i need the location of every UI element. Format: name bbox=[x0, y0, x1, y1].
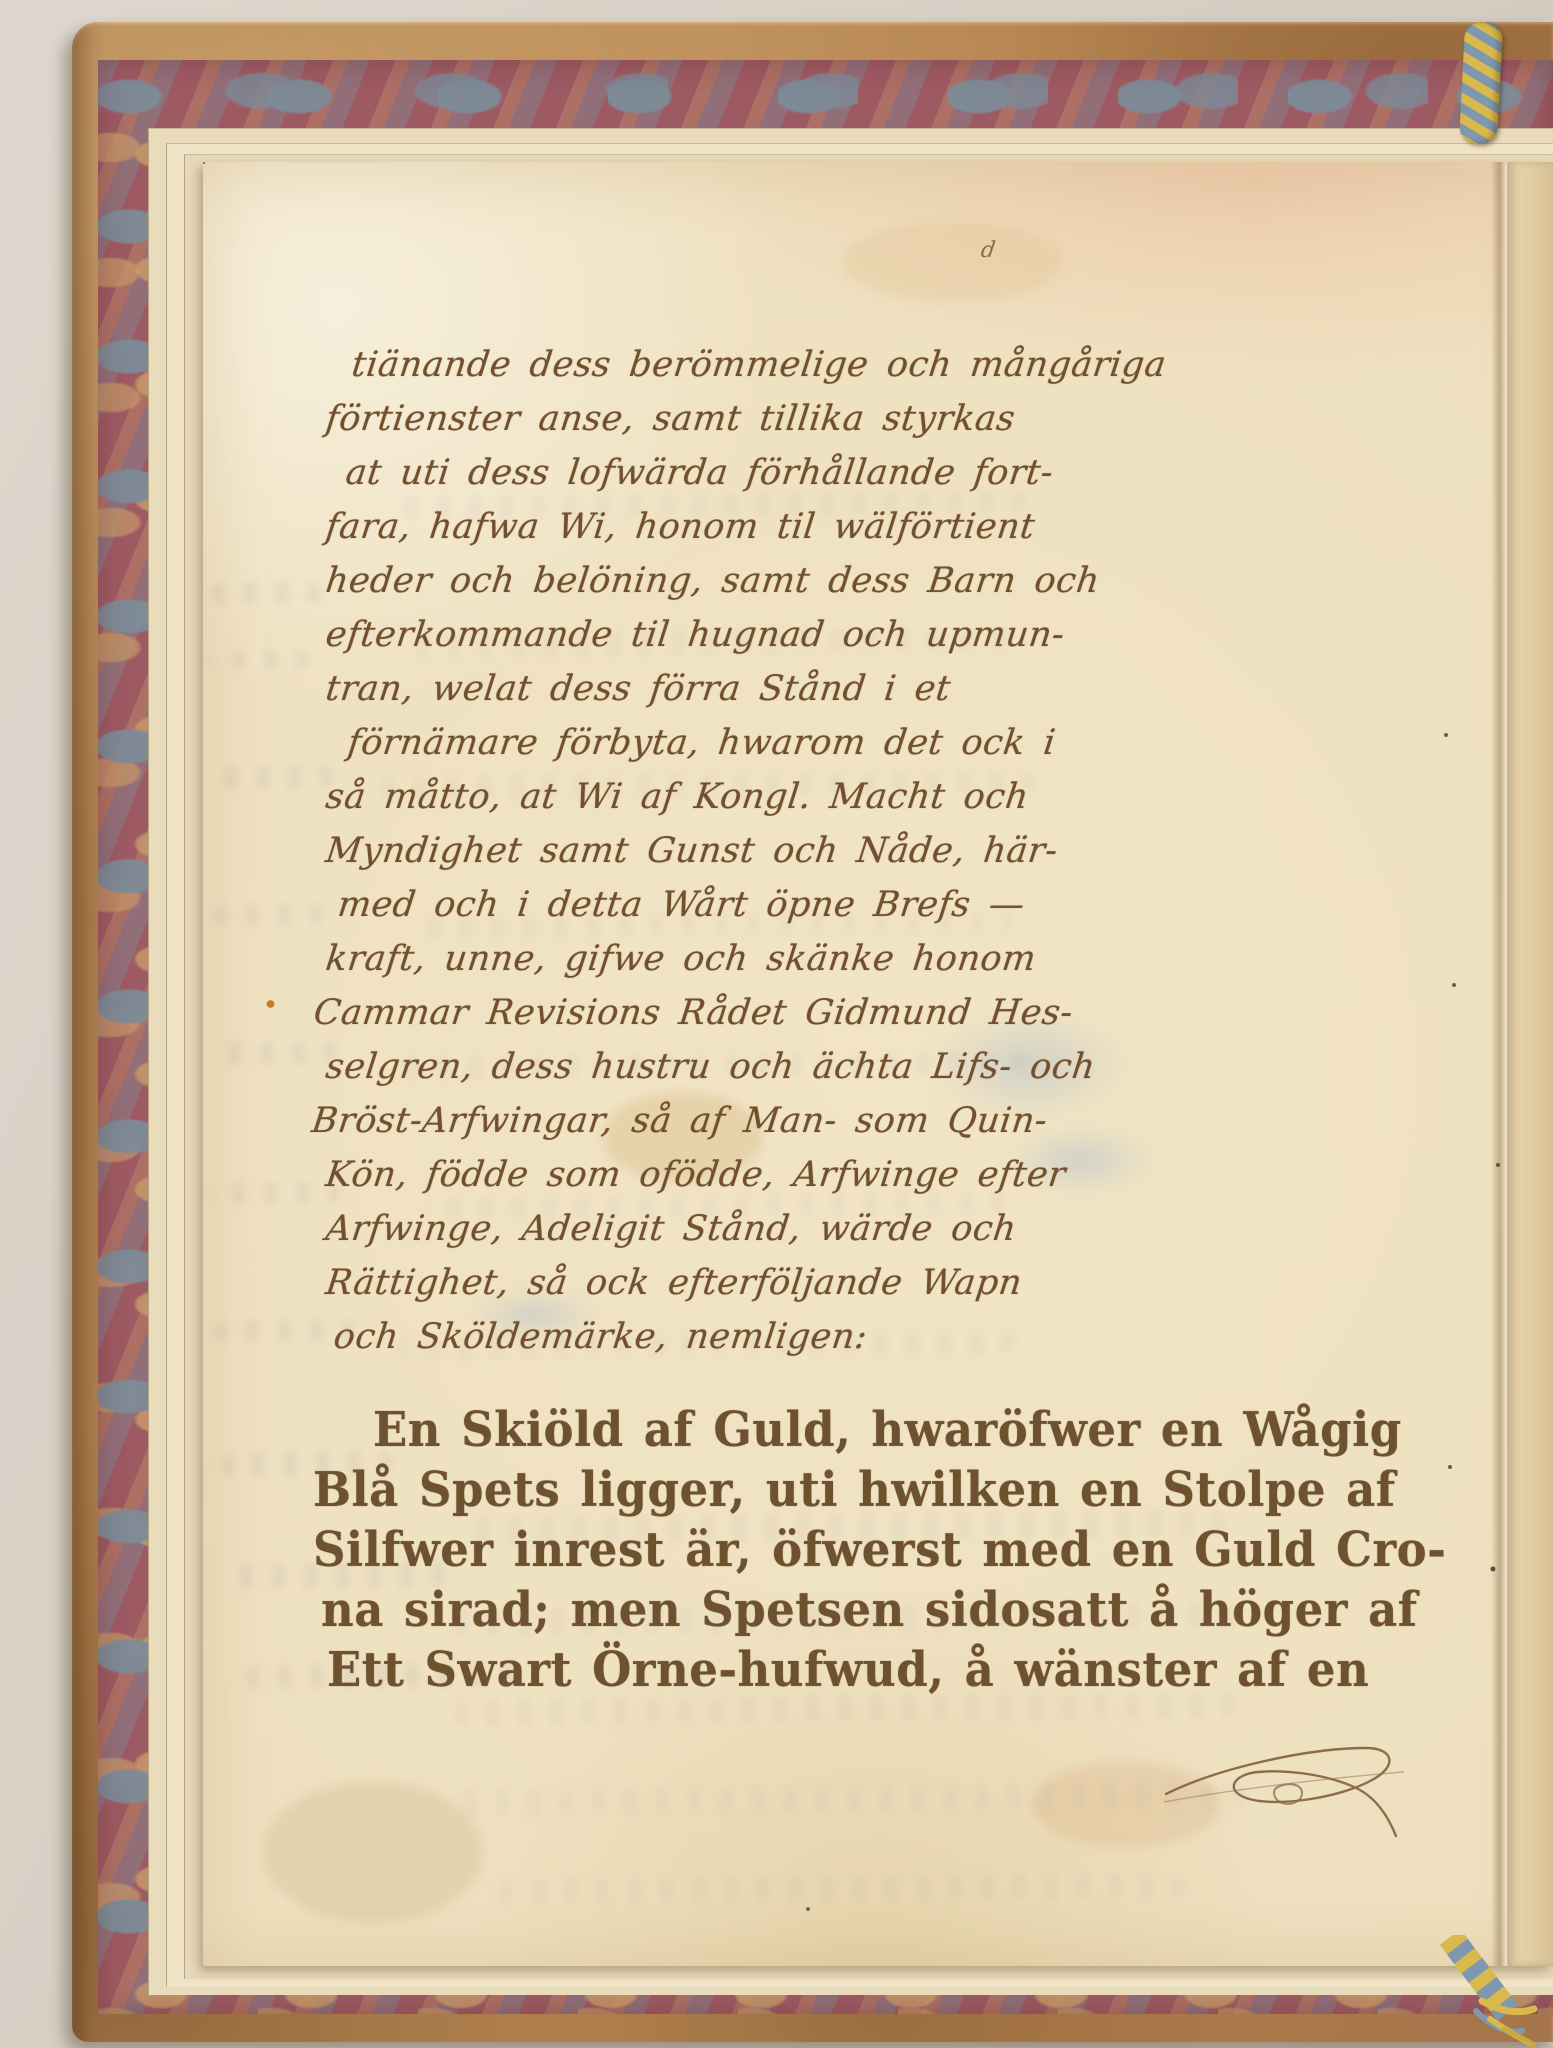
page-gutter-edge bbox=[1507, 162, 1553, 1966]
ink-spot bbox=[266, 1000, 275, 1008]
handwritten-paragraph: tiänande dess berömmelige och mångårigaf… bbox=[298, 338, 1158, 1364]
text-line: at uti dess lofwärda förhållande fort- bbox=[343, 446, 1162, 500]
seal-cord-top bbox=[1459, 21, 1503, 145]
text-line: na sirad; men Spetsen sidosatt å höger a… bbox=[321, 1578, 1513, 1642]
pen-flourish bbox=[1158, 1732, 1408, 1852]
bleedthrough-mark bbox=[209, 649, 309, 670]
text-line: och Sköldemärke, nemligen: bbox=[331, 1310, 1162, 1364]
text-line: Bröst-Arfwingar, så af Man- som Quin- bbox=[309, 1094, 1162, 1148]
text-line: kraft, unne, gifwe och skänke honom bbox=[323, 932, 1162, 986]
text-line: heder och belöning, samt dess Barn och bbox=[323, 554, 1162, 608]
text-line: tran, welat dess förra Stånd i et bbox=[323, 662, 1162, 716]
stain bbox=[263, 1782, 483, 1922]
text-line: Myndighet samt Gunst och Nåde, här- bbox=[323, 824, 1162, 878]
text-line: Silfwer inrest är, öfwerst med en Guld C… bbox=[313, 1518, 1513, 1582]
text-line: En Skiöld af Guld, hwaröfwer en Wågig bbox=[373, 1398, 1513, 1462]
manuscript-page: d tiänande dess berömmelige och mångårig… bbox=[203, 162, 1553, 1966]
text-line: förnämare förbyta, hwarom det ock i bbox=[345, 716, 1162, 770]
text-line: så måtto, at Wi af Kongl. Macht och bbox=[323, 770, 1162, 824]
text-line: Kön, födde som ofödde, Arfwinge efter bbox=[323, 1148, 1162, 1202]
page-fold bbox=[1491, 162, 1507, 1966]
text-line: förtienster anse, samt tillika styrkas bbox=[323, 392, 1162, 446]
stain bbox=[843, 222, 1063, 302]
paper-specks bbox=[203, 162, 205, 164]
bleedthrough-mark bbox=[485, 1872, 1185, 1905]
text-line: fara, hafwa Wi, honom til wälförtient bbox=[323, 500, 1162, 554]
text-line: med och i detta Wårt öpne Brefs — bbox=[335, 878, 1162, 932]
text-line: efterkommande til hugnad och upmun- bbox=[323, 608, 1162, 662]
text-line: tiänande dess berömmelige och mångåriga bbox=[349, 338, 1162, 392]
text-line: Cammar Revisions Rådet Gidmund Hes- bbox=[311, 986, 1162, 1040]
text-line: selgren, dess hustru och ächta Lifs- och bbox=[323, 1040, 1162, 1094]
manuscript-scan: d tiänande dess berömmelige och mångårig… bbox=[0, 0, 1553, 2048]
blazon-paragraph: En Skiöld af Guld, hwaröfwer en WågigBlå… bbox=[313, 1400, 1513, 1700]
seal-cord-tassel bbox=[1420, 1935, 1553, 2048]
text-line: Ett Swart Örne-hufwud, å wänster af en bbox=[327, 1638, 1513, 1702]
text-line: Rättighet, så ock efterföljande Wapn bbox=[323, 1256, 1162, 1310]
text-line: Blå Spets ligger, uti hwilken en Stolpe … bbox=[313, 1458, 1513, 1522]
text-line: Arfwinge, Adeligit Stånd, wärde och bbox=[323, 1202, 1162, 1256]
